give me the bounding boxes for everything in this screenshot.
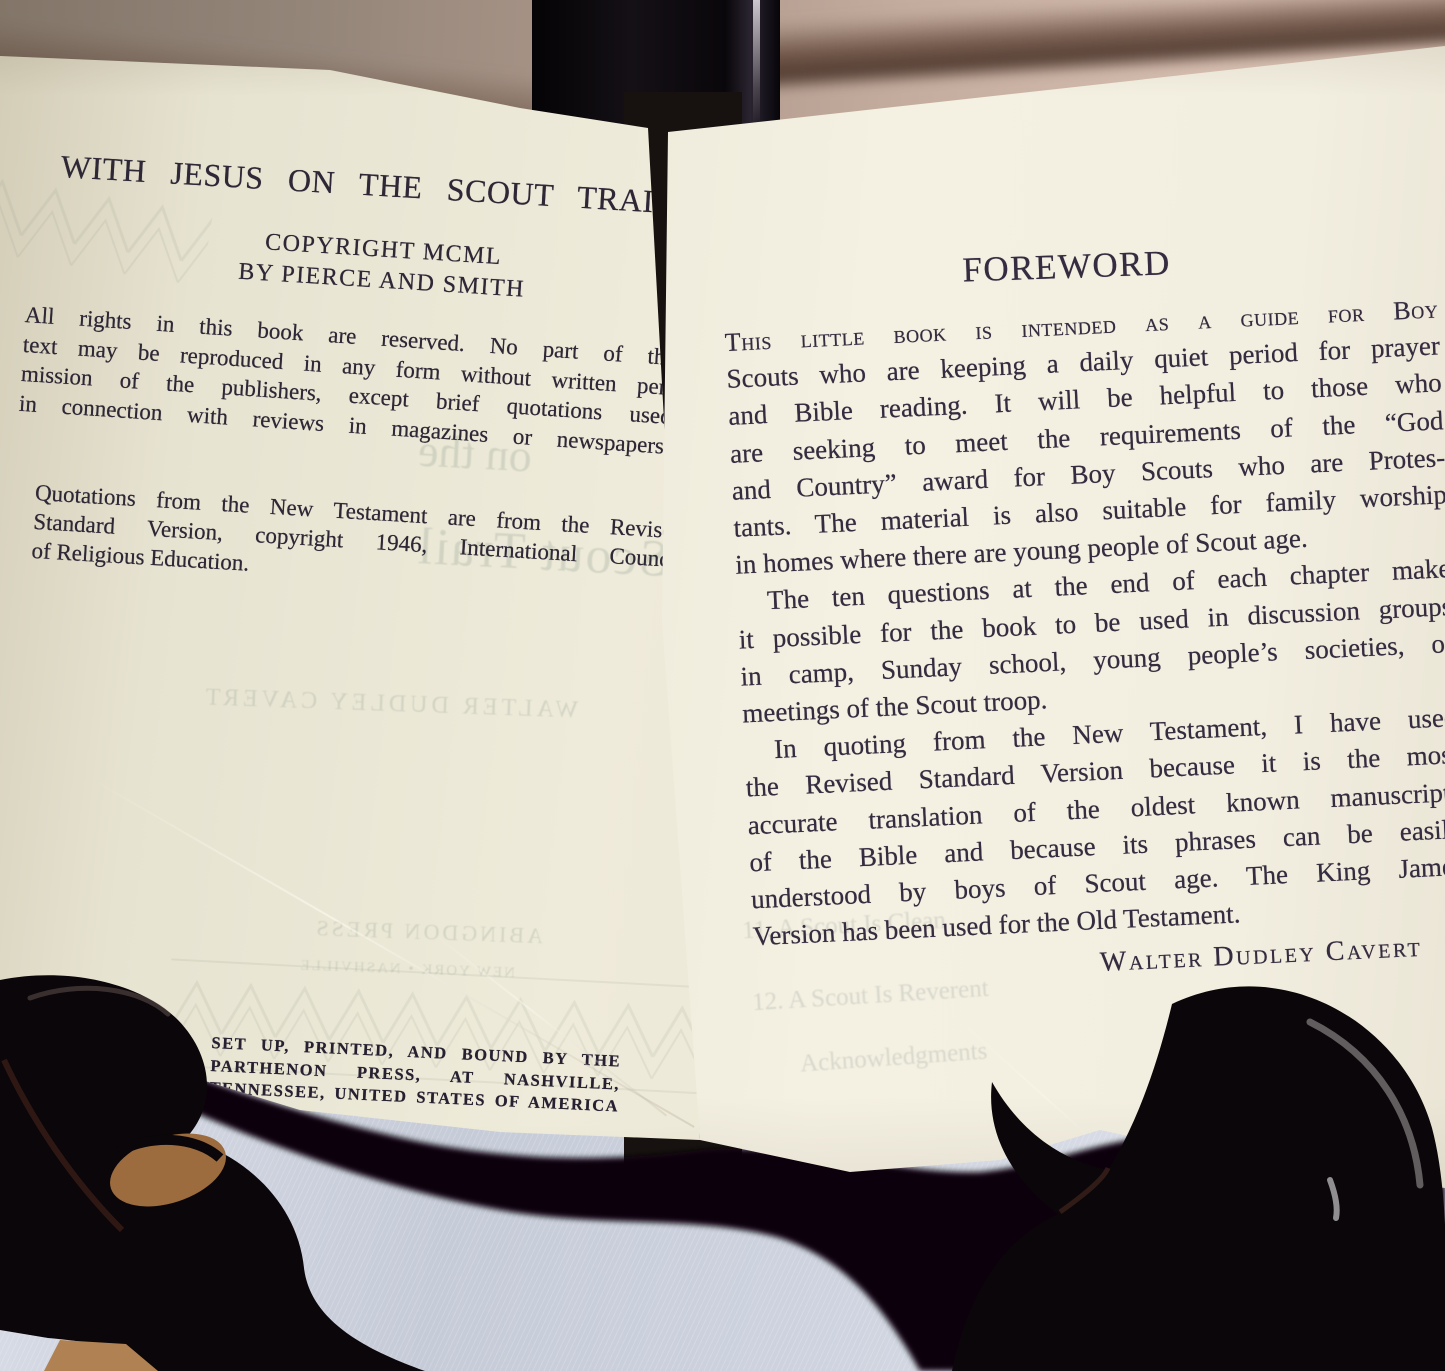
stand-feet-layer (0, 0, 1445, 1371)
stand-right-foot (952, 986, 1445, 1371)
photo-open-book-on-stand: on the Scout Trail WALTER DUDLEY CAVERT … (0, 0, 1445, 1371)
stand-left-foot (0, 975, 425, 1371)
